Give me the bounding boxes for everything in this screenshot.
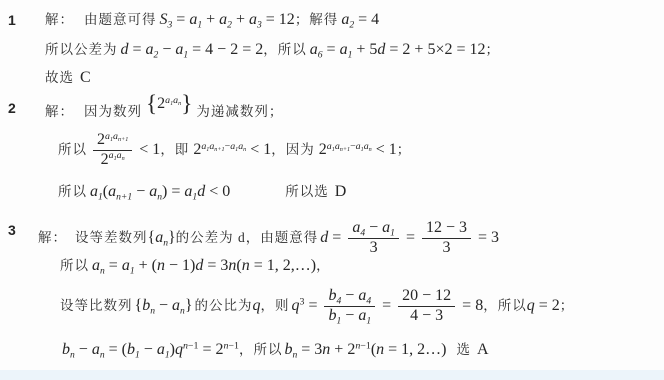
math-subscript: n+1 [214, 146, 224, 152]
math-roman: = [402, 229, 419, 246]
math-roman: = 3 [203, 257, 228, 274]
math-roman: − [365, 219, 382, 236]
math-roman: + 5 [352, 41, 377, 58]
math-roman: 4 − 3 [410, 307, 443, 324]
math-fraction: 20 − 124 − 3 [398, 288, 455, 325]
math-subscript: n+1 [340, 146, 350, 152]
math-roman: 2 [157, 95, 165, 112]
math-roman: D [335, 183, 347, 200]
math-roman: = 3 [297, 341, 322, 358]
math-var: a [92, 341, 100, 358]
text-run: ，所以 [483, 298, 527, 313]
math-var: a [249, 11, 257, 28]
math-solutions-document: 1 解：由题意可得S3 = a1 + a2 + a3 = 12；解得a2 = 4… [0, 0, 664, 380]
text-run: 因为数列 [84, 104, 142, 119]
text-run: 所以选 [285, 184, 329, 199]
text-run: 解： [38, 230, 67, 245]
text-run: ，则 [261, 298, 290, 313]
math-var: a [382, 219, 390, 236]
math-var: a [155, 229, 163, 246]
solution-1-line-1: 1 解：由题意可得S3 = a1 + a2 + a3 = 12；解得a2 = 4 [8, 10, 379, 30]
math-roman: = [328, 229, 345, 246]
fraction-denominator: b1 − a1 [324, 307, 375, 325]
math-roman: 3 [443, 239, 451, 256]
math-roman: − [158, 41, 175, 58]
math-roman: 2 [97, 131, 105, 148]
math-roman: 3 [370, 239, 378, 256]
math-roman: = [172, 11, 189, 28]
math-roman: A [477, 341, 489, 358]
math-roman: = 1, 2…) [384, 341, 446, 358]
solution-3-line-1: 3 解：设等差数列{an}的公差为 d，由题意得d = a4 − a13 = 1… [8, 220, 499, 257]
solution-1-line-3: 故选C [45, 68, 91, 88]
fraction-denominator: 2a1an [93, 151, 132, 169]
math-var: a [340, 41, 348, 58]
math-roman: } [185, 297, 193, 314]
math-roman: − [140, 341, 157, 358]
text-run: ，因为 [271, 142, 315, 157]
solution-3-line-3: 设等比数列{bn − an}的公比为q，则q3 = b4 − a4b1 − a1… [60, 288, 574, 325]
math-var: S [160, 11, 168, 28]
math-roman: 2 [101, 151, 109, 168]
math-var: a [172, 297, 180, 314]
math-var: n [376, 341, 384, 358]
math-var: a [90, 183, 98, 200]
math-var: q [292, 297, 300, 314]
fraction-numerator: b4 − a4 [324, 288, 375, 307]
fraction-numerator: 2a1an+1 [93, 132, 132, 151]
text-run: 设等比数列 [60, 298, 133, 313]
text-run: 所以 [58, 184, 87, 199]
text-run: 所以公差为 [45, 42, 118, 57]
math-var: a [92, 257, 100, 274]
text-run: 设等差数列 [75, 230, 148, 245]
math-var: a [157, 341, 165, 358]
math-roman: ) = [162, 183, 184, 200]
fraction-denominator: 4 − 3 [398, 307, 455, 325]
math-var: d [197, 183, 205, 200]
fraction-numerator: 20 − 12 [398, 288, 455, 307]
math-var: a [310, 41, 318, 58]
math-roman: = 12 [262, 11, 295, 28]
solution-3-line-4: bn − an = (b1 − a1)qn−1 = 2n−1，所以bn = 3n… [62, 340, 489, 360]
text-run: ， [316, 258, 331, 273]
math-subscript: 1 [366, 315, 371, 326]
text-run: ，即 [160, 142, 189, 157]
math-roman: 20 − 12 [402, 287, 451, 304]
math-roman: = 4 [354, 11, 379, 28]
math-subscript: 4 [366, 295, 371, 306]
math-roman: = [304, 297, 321, 314]
math-roman: = 4 − 2 = 2 [188, 41, 263, 58]
math-var: b [142, 297, 150, 314]
math-superscript: n−1 [223, 341, 239, 352]
text-run: 由题意可得 [84, 12, 157, 27]
math-fraction: 12 − 33 [422, 220, 471, 257]
math-roman: < 1 [135, 141, 160, 158]
solution-2-line-1-content: 解：因为数列{2a1an}为递减数列； [45, 98, 283, 127]
fraction-denominator: 3 [422, 239, 471, 257]
math-roman: = [105, 257, 122, 274]
text-run: ； [485, 42, 500, 57]
item-number-3: 3 [8, 220, 38, 240]
math-superscript: a1an+1−a1an [201, 141, 246, 152]
math-var: a [122, 257, 130, 274]
math-roman: − [341, 287, 358, 304]
fraction-denominator: 3 [348, 239, 399, 257]
math-var: q [175, 341, 183, 358]
math-roman: = [378, 297, 395, 314]
math-roman: < 1 [372, 141, 397, 158]
math-roman: < 1 [246, 141, 271, 158]
math-roman: − 1) [165, 257, 195, 274]
math-var: q [253, 297, 261, 314]
math-roman: −1 [228, 341, 239, 352]
math-roman: < 0 [205, 183, 230, 200]
text-run: 选 [457, 342, 472, 357]
math-roman: 12 − 3 [426, 219, 467, 236]
math-roman: = 8 [458, 297, 483, 314]
solution-2-line-2: 所以2a1an+12a1an < 1，即2a1an+1−a1an < 1，因为2… [58, 132, 411, 169]
math-superscript: a1an [165, 95, 181, 106]
math-roman: = ( [105, 341, 127, 358]
math-var: d [121, 41, 129, 58]
math-subscript: n+1 [116, 191, 132, 202]
math-roman: + [232, 11, 249, 28]
math-var: q [527, 297, 535, 314]
math-var: b [127, 341, 135, 358]
math-roman: = [129, 41, 146, 58]
math-var: a [108, 183, 116, 200]
math-roman: − [75, 341, 92, 358]
math-roman: = 1, 2,…) [250, 257, 316, 274]
text-run: 所以 [60, 258, 89, 273]
text-run: 解： [45, 12, 74, 27]
math-fraction: b4 − a4b1 − a1 [324, 288, 375, 325]
math-roman: − [341, 307, 358, 324]
math-roman: + [202, 11, 219, 28]
math-roman: C [80, 69, 91, 86]
item-number-2: 2 [8, 98, 45, 118]
math-roman: −1 [360, 341, 371, 352]
solution-3-line-1-content: 解：设等差数列{an}的公差为 d，由题意得d = a4 − a13 = 12 … [38, 220, 499, 257]
text-run: ； [560, 298, 575, 313]
text-run: 的公比为 [195, 298, 253, 313]
math-var: n [242, 257, 250, 274]
math-roman: −1 [188, 341, 199, 352]
math-var: a [146, 41, 154, 58]
math-fraction: 2a1an+12a1an [93, 132, 132, 169]
solution-2-line-1: 2 解：因为数列{2a1an}为递减数列； [8, 98, 283, 127]
text-run: 为递减数列； [196, 104, 283, 119]
fraction-numerator: a4 − a1 [348, 220, 399, 239]
text-run: ； [397, 142, 412, 157]
math-var: a [219, 11, 227, 28]
set-brace: } [181, 91, 192, 117]
text-run: 的公差为 d，由题意得 [176, 230, 319, 245]
math-subscript: 1 [390, 227, 395, 238]
math-roman: + ( [135, 257, 157, 274]
math-var: b [62, 341, 70, 358]
set-brace: { [146, 91, 157, 117]
solution-1-line-1-content: 解：由题意可得S3 = a1 + a2 + a3 = 12；解得a2 = 4 [45, 10, 379, 30]
math-fraction: a4 − a13 [348, 220, 399, 257]
math-roman: = 2 + 5×2 = 12 [385, 41, 485, 58]
math-superscript: n−1 [183, 341, 199, 352]
solution-3-line-2: 所以an = a1 + (n − 1)d = 3n(n = 1, 2,…)， [60, 256, 331, 276]
math-group: {2a1an} [146, 90, 192, 119]
item-number-1: 1 [8, 10, 45, 30]
math-roman: − [132, 183, 149, 200]
solution-2-line-3: 所以a1(an+1 − an) = a1d < 0所以选D [58, 182, 346, 202]
text-run: ，所以 [263, 42, 307, 57]
math-roman: } [168, 229, 176, 246]
text-run: 所以 [58, 142, 87, 157]
solution-1-line-2: 所以公差为d = a2 − a1 = 4 − 2 = 2，所以a6 = a1 +… [45, 40, 500, 60]
math-roman: = 2 [198, 341, 223, 358]
text-run: 解： [45, 104, 74, 119]
math-roman: = 2 [535, 297, 560, 314]
math-subscript: n+1 [118, 136, 128, 142]
bottom-scrollbar-strip [0, 370, 664, 380]
math-roman: 2 [319, 141, 327, 158]
fraction-numerator: 12 − 3 [422, 220, 471, 239]
math-superscript: n−1 [355, 341, 371, 352]
math-roman: + 2 [330, 341, 355, 358]
text-run: ；解得 [295, 12, 339, 27]
math-roman: − [155, 297, 172, 314]
math-superscript: a1an+1 [105, 131, 128, 142]
text-run: 故选 [45, 70, 74, 85]
text-run: ，所以 [239, 342, 283, 357]
math-var: n [157, 257, 165, 274]
math-subscript: n [122, 156, 125, 162]
math-roman: = [323, 41, 340, 58]
math-superscript: a1an [109, 150, 125, 161]
math-superscript: a1an+1−a1an [327, 141, 372, 152]
math-roman: = 3 [474, 229, 499, 246]
